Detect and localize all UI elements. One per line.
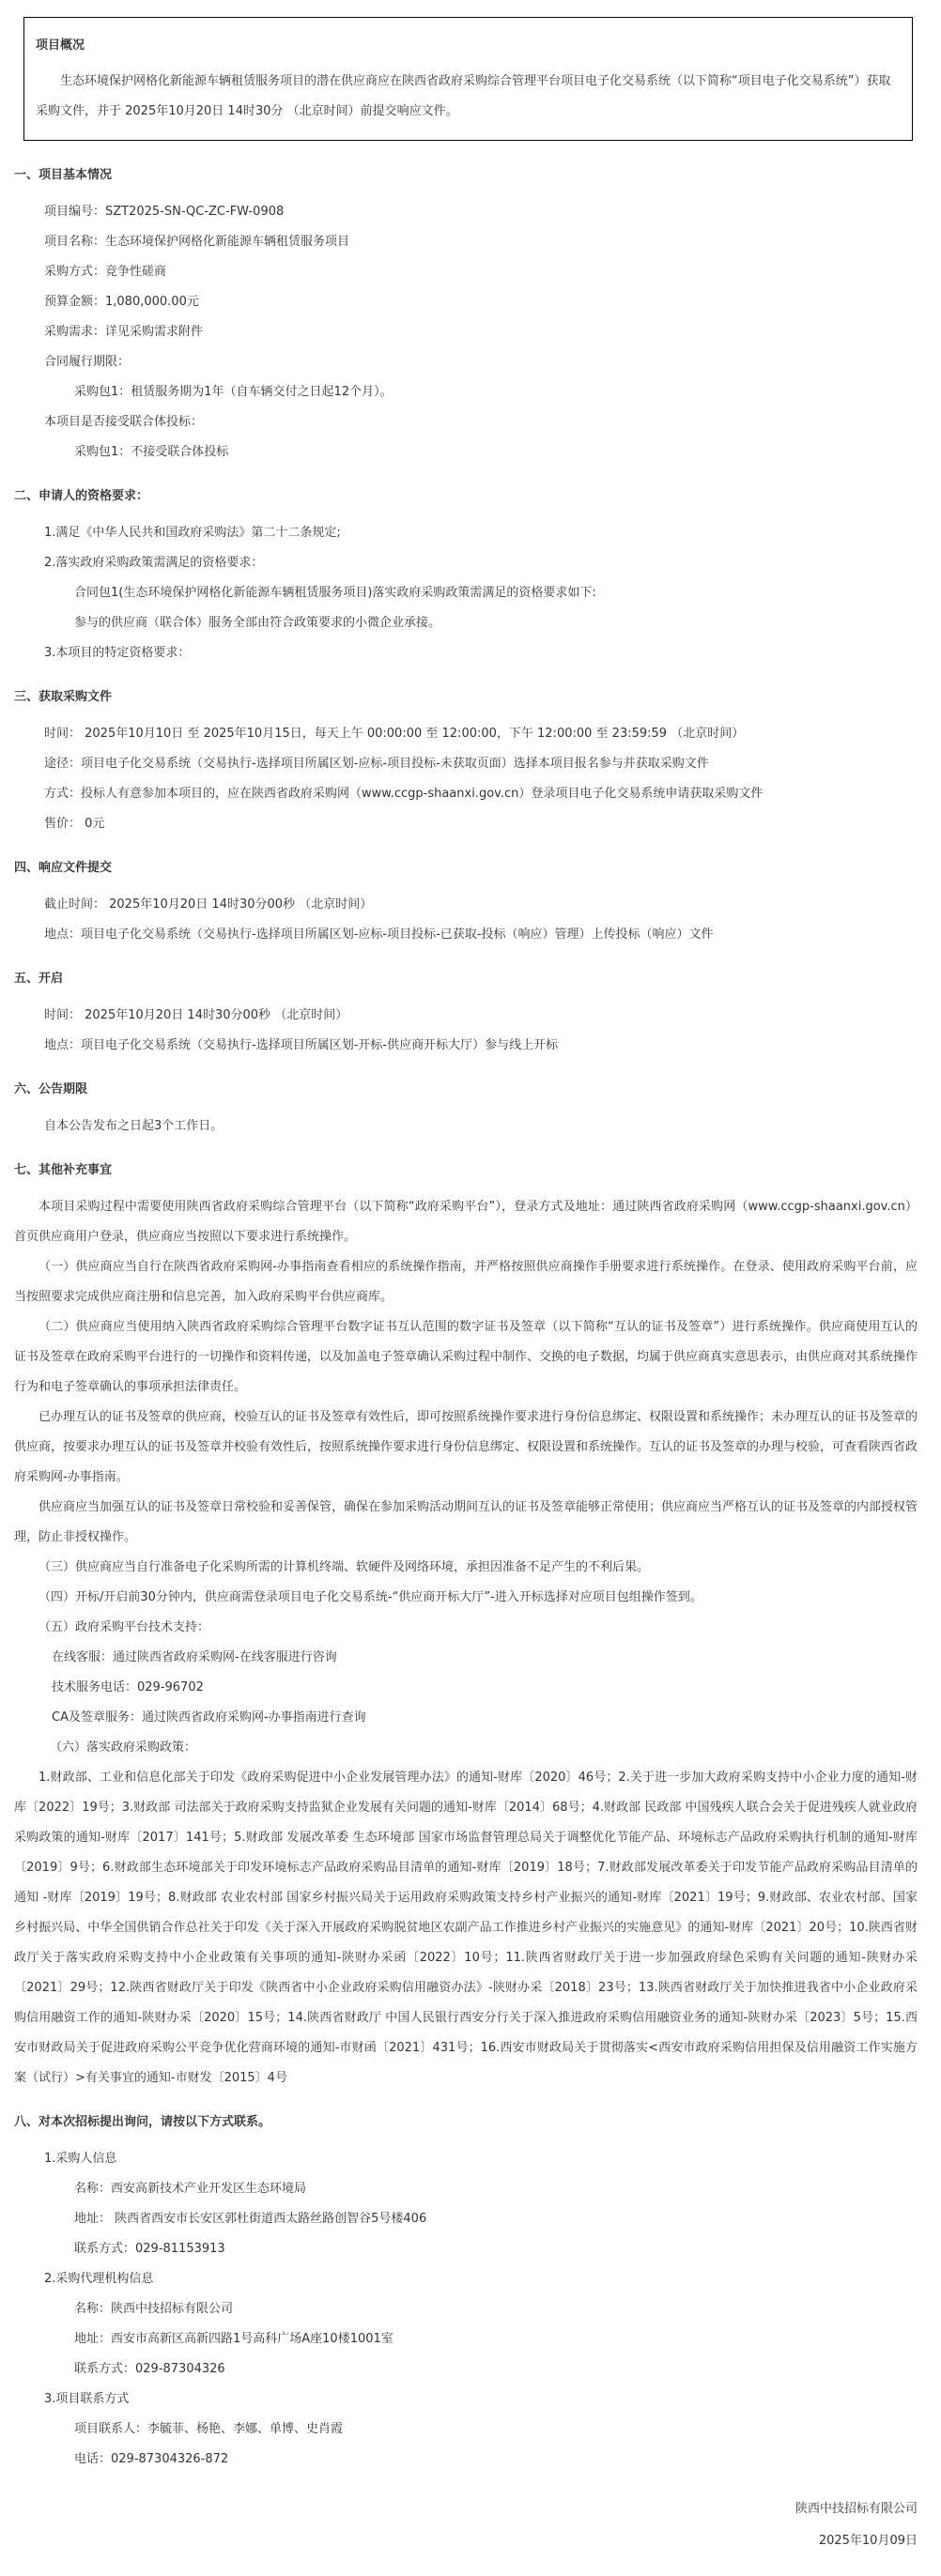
other-paragraph-7: （四）开标/开启前30分钟内，供应商需登录项目电子化交易系统-“供应商开标大厅”… [14,1583,922,1613]
section-title: 六、公告期限 [14,1080,922,1100]
qualification-item-2-detail: 参与的供应商（联合体）服务全部由符合政策要求的小微企业承接。 [14,608,922,638]
section-title: 一、项目基本情况 [14,165,922,186]
agent-contact: 联系方式：029-87304326 [14,2354,922,2384]
agent-address: 地址：西安市高新区高新四路1号高科广场A座10楼1001室 [14,2324,922,2354]
qualification-item-2-package: 合同包1(生态环境保护网格化新能源车辆租赁服务项目)落实政府采购政策需满足的资格… [14,578,922,608]
section-title: 四、响应文件提交 [14,858,922,879]
section-other-matters: 七、其他补充事宜 本项目采购过程中需要使用陕西省政府采购综合管理平台（以下简称“… [14,1160,922,2093]
overview-title: 项目概况 [36,37,901,55]
section-title: 七、其他补充事宜 [14,1160,922,1181]
project-contact-label: 3.项目联系方式 [14,2384,922,2415]
support-ca: CA及签章服务：通过陕西省政府采购网-办事指南进行查询 [14,1703,922,1733]
buyer-name: 名称：西安高新技术产业开发区生态环境局 [14,2174,922,2204]
support-online: 在线客服：通过陕西省政府采购网-在线客服进行咨询 [14,1643,922,1673]
document-price: 售价： 0元 [14,809,922,839]
signature-date: 2025年10月09日 [14,2525,922,2557]
other-paragraph-1: 本项目采购过程中需要使用陕西省政府采购综合管理平台（以下简称“政府采购平台”），… [14,1192,922,1252]
contract-period-label: 合同履行期限： [14,347,922,377]
buyer-contact: 联系方式：029-81153913 [14,2234,922,2264]
support-phone: 技术服务电话：029-96702 [14,1673,922,1703]
project-number: 项目编号：SZT2025-SN-QC-ZC-FW-0908 [14,197,922,227]
section-title: 八、对本次招标提出询问，请按以下方式联系。 [14,2112,922,2133]
section-title: 三、获取采购文件 [14,687,922,708]
opening-place: 地点：项目电子化交易系统（交易执行-选择项目所属区划-开标-供应商开标大厅）参与… [14,1031,922,1061]
overview-body: 生态环境保护网格化新能源车辆租赁服务项目的潜在供应商应在陕西省政府采购综合管理平… [36,67,901,127]
buyer-address: 地址： 陕西省西安市长安区郭杜街道西太路丝路创智谷5号楼406 [14,2204,922,2234]
other-paragraph-6: （三）供应商应当自行准备电子化采购所需的计算机终端、软硬件及网络环境，承担因准备… [14,1553,922,1583]
submission-place: 地点：项目电子化交易系统（交易执行-选择项目所属区划-应标-项目投标-已获取-投… [14,920,922,950]
other-paragraph-5: 供应商应当加强互认的证书及签章日常校验和妥善保管，确保在参加采购活动期间互认的证… [14,1493,922,1553]
obtain-way: 方式：投标人有意参加本项目的，应在陕西省政府采购网（www.ccgp-shaan… [14,779,922,809]
project-contacts: 项目联系人：李毓菲、杨艳、李娜、单博、史肖霞 [14,2415,922,2445]
section-qualifications: 二、申请人的资格要求： 1.满足《中华人民共和国政府采购法》第二十二条规定; 2… [14,486,922,668]
qualification-item-2: 2.落实政府采购政策需满足的资格要求： [14,548,922,578]
section-title: 二、申请人的资格要求： [14,486,922,507]
announcement-document: 项目概况 生态环境保护网格化新能源车辆租赁服务项目的潜在供应商应在陕西省政府采购… [0,0,941,2576]
project-overview-box: 项目概况 生态环境保护网格化新能源车辆租赁服务项目的潜在供应商应在陕西省政府采购… [23,17,913,141]
procurement-requirement: 采购需求：详见采购需求附件 [14,317,922,347]
other-paragraph-2: （一）供应商应当自行在陕西省政府采购网-办事指南查看相应的系统操作指南，并严格按… [14,1252,922,1312]
consortium-label: 本项目是否接受联合体投标： [14,407,922,437]
section-announcement-period: 六、公告期限 自本公告发布之日起3个工作日。 [14,1080,922,1142]
qualification-item-1: 1.满足《中华人民共和国政府采购法》第二十二条规定; [14,518,922,548]
submission-deadline: 截止时间： 2025年10月20日 14时30分00秒 （北京时间） [14,890,922,920]
section-contact: 八、对本次招标提出询问，请按以下方式联系。 1.采购人信息 名称：西安高新技术产… [14,2112,922,2475]
project-name: 项目名称：生态环境保护网格化新能源车辆租赁服务项目 [14,227,922,257]
consortium-pkg1: 采购包1：不接受联合体投标 [14,437,922,468]
announcement-period-text: 自本公告发布之日起3个工作日。 [14,1112,922,1142]
obtain-route: 途径：项目电子化交易系统（交易执行-选择项目所属区划-应标-项目投标-未获取页面… [14,749,922,779]
project-phone: 电话：029-87304326-872 [14,2445,922,2475]
buyer-info-label: 1.采购人信息 [14,2144,922,2174]
section-basic-info: 一、项目基本情况 项目编号：SZT2025-SN-QC-ZC-FW-0908 项… [14,165,922,468]
policy-list: 1.财政部、工业和信息化部关于印发《政府采购促进中小企业发展管理办法》的通知-财… [14,1763,922,2093]
other-paragraph-9: （六）落实政府采购政策： [14,1733,922,1763]
procurement-method: 采购方式：竞争性磋商 [14,257,922,287]
signature-company: 陕西中技招标有限公司 [14,2493,922,2525]
other-paragraph-8: （五）政府采购平台技术支持： [14,1613,922,1643]
contract-period-pkg1: 采购包1：租赁服务期为1年（自车辆交付之日起12个月）。 [14,377,922,407]
budget-amount: 预算金额：1,080,000.00元 [14,287,922,317]
agent-name: 名称：陕西中技招标有限公司 [14,2294,922,2324]
section-response-submission: 四、响应文件提交 截止时间： 2025年10月20日 14时30分00秒 （北京… [14,858,922,950]
section-opening: 五、开启 时间： 2025年10月20日 14时30分00秒 （北京时间） 地点… [14,969,922,1061]
obtain-time: 时间： 2025年10月10日 至 2025年10月15日，每天上午 00:00… [14,719,922,749]
section-obtain-documents: 三、获取采购文件 时间： 2025年10月10日 至 2025年10月15日，每… [14,687,922,839]
other-paragraph-3: （二）供应商应当使用纳入陕西省政府采购综合管理平台数字证书互认范围的数字证书及签… [14,1312,922,1403]
agent-info-label: 2.采购代理机构信息 [14,2264,922,2294]
other-paragraph-4: 已办理互认的证书及签章的供应商，校验互认的证书及签章有效性后，即可按照系统操作要… [14,1403,922,1493]
opening-time: 时间： 2025年10月20日 14时30分00秒 （北京时间） [14,1001,922,1031]
section-title: 五、开启 [14,969,922,989]
qualification-item-3: 3.本项目的特定资格要求： [14,638,922,668]
